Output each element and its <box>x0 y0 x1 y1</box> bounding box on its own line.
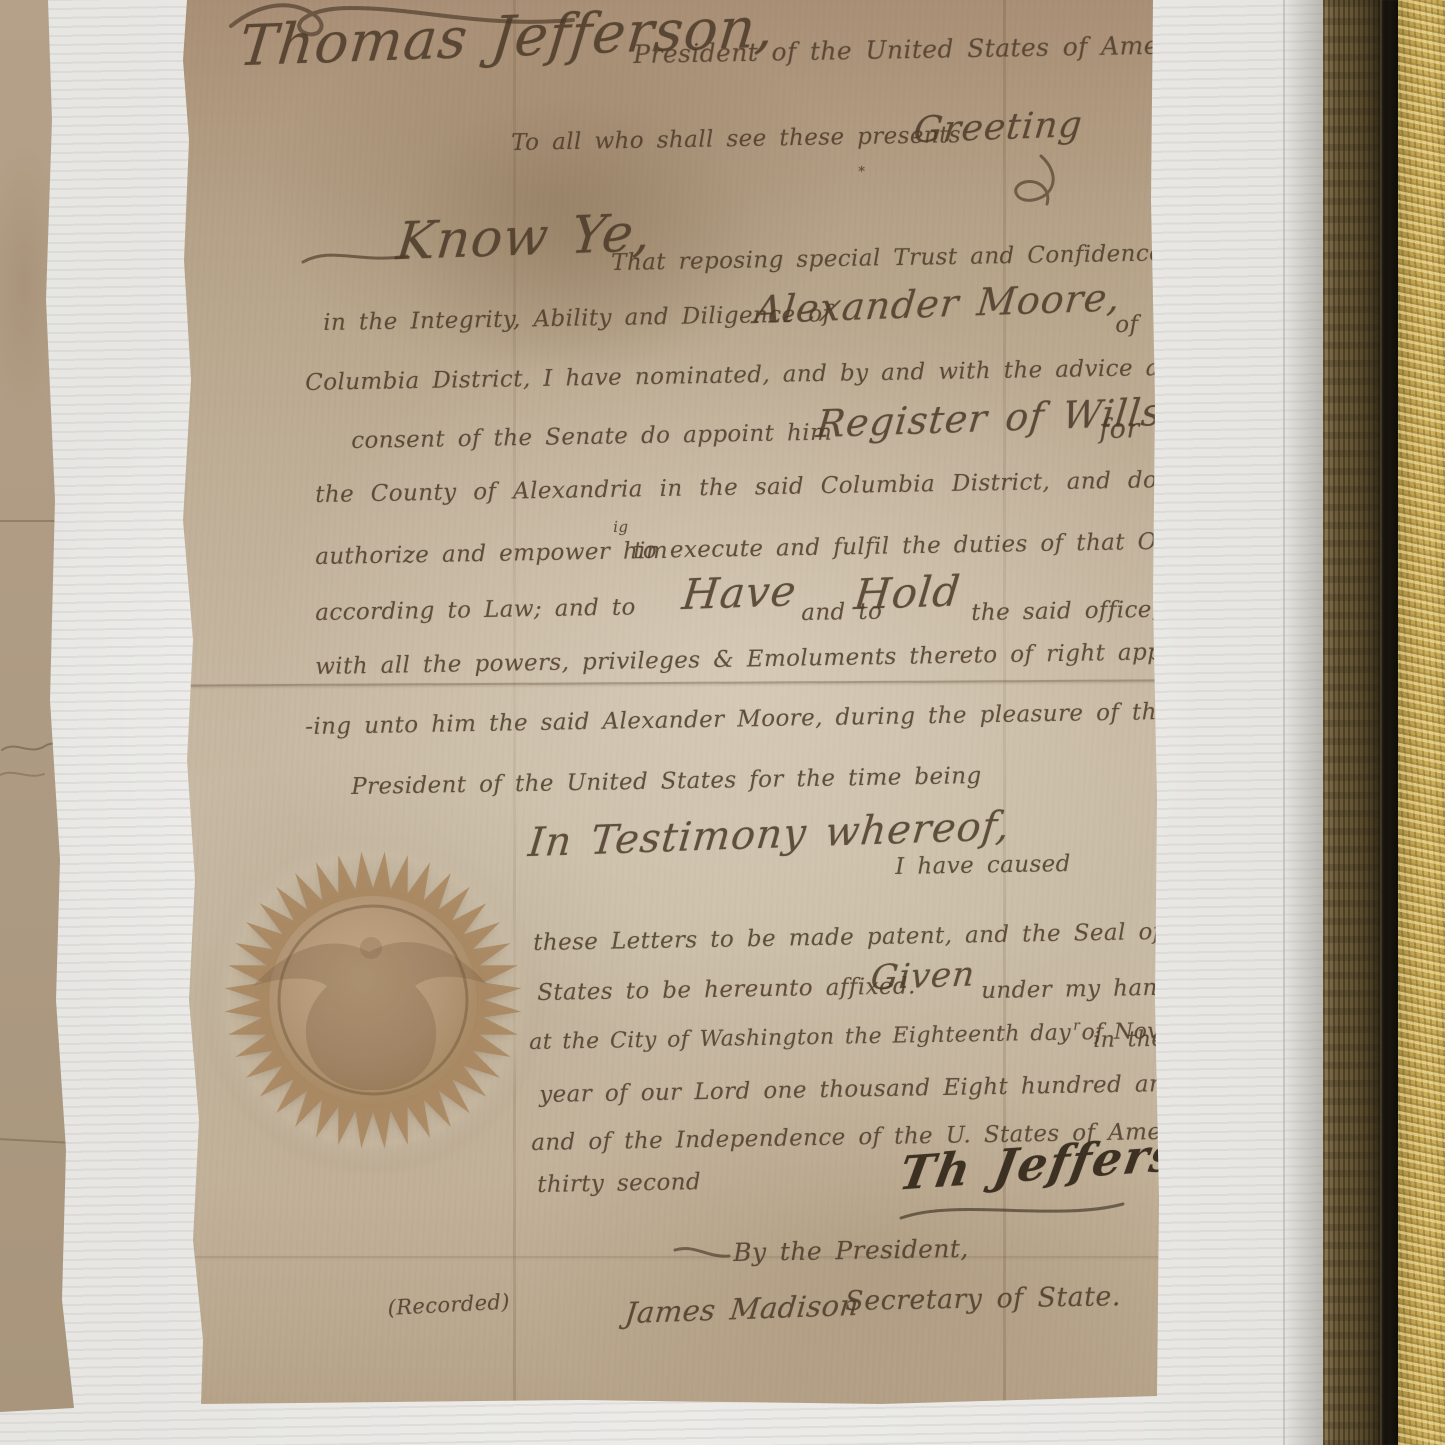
faint-script-marks <box>0 730 70 790</box>
line-said-office: the said office, <box>971 597 1160 626</box>
salutation-line: To all who shall see these presents <box>511 122 961 156</box>
superscript-insertion: ig <box>613 518 629 536</box>
line-ing-unto: -ing unto him the said Alexander Moore, … <box>305 699 1171 740</box>
line-according: according to Law; and to <box>315 594 636 626</box>
line-of: of <box>1115 312 1139 338</box>
commission-document: Thomas Jefferson, President of the Unite… <box>181 0 1163 1404</box>
frame-black-groove <box>1380 0 1398 1445</box>
salutation-greeting: Greeting <box>912 104 1085 151</box>
line-president-time: President of the United States for the t… <box>351 763 982 800</box>
madison-signature: James Madison <box>623 1288 860 1330</box>
by-president-swash <box>673 1244 733 1266</box>
line-thirty-second: thirty second <box>537 1169 701 1198</box>
mat-shadow <box>1283 0 1323 1445</box>
fold-crease <box>0 520 60 522</box>
line-columbia: Columbia District, I have nominated, and… <box>305 355 1190 396</box>
us-eagle-seal-icon <box>191 818 555 1182</box>
testimony-rest: I have caused <box>895 851 1071 880</box>
line-states-affixed: States to be hereunto affixed. <box>537 973 916 1006</box>
greeting-flourish <box>981 152 1091 210</box>
line-in-the: in the <box>1093 1027 1165 1053</box>
framed-document-photo: Thomas Jefferson, President of the Unite… <box>0 0 1445 1445</box>
insertion-mark: ∗ <box>857 162 867 177</box>
frame-bronze-band <box>1323 0 1380 1445</box>
line-year: year of our Lord one thousand Eight hund… <box>539 1069 1273 1108</box>
fold-crease <box>0 1138 70 1144</box>
line-city-washington: at the City of Washington the Eighteenth… <box>529 1019 1160 1055</box>
fold-crease-horizontal <box>181 1256 1163 1258</box>
adjacent-document-edge <box>0 0 80 1412</box>
line-authorize: authorize and empower him <box>315 538 668 570</box>
line-trust: That reposing special Trust and Confiden… <box>611 240 1163 276</box>
frame-gilt-band <box>1398 0 1445 1445</box>
by-the-president: By the President, <box>733 1234 969 1267</box>
fold-crease-horizontal <box>181 679 1163 686</box>
word-hold: Hold <box>852 566 963 619</box>
line-county: the County of Alexandria in the said Col… <box>315 467 1158 508</box>
line-for: for <box>1099 413 1140 445</box>
signature-flourish <box>897 1196 1127 1226</box>
line-under-hand: under my hand <box>981 975 1173 1004</box>
frame-molding <box>1323 0 1445 1445</box>
appointee-name: Alexander Moore, <box>752 275 1123 332</box>
recorded-note: (Recorded) <box>387 1290 510 1320</box>
line-powers: with all the powers, privileges & Emolum… <box>315 638 1243 680</box>
line-execute: to execute and fulfil the duties of that… <box>633 528 1210 564</box>
line-letters: these Letters to be made patent, and the… <box>533 916 1308 956</box>
word-given: Given <box>869 954 977 998</box>
line-consent: consent of the Senate do appoint him <box>351 420 832 454</box>
word-have: Have <box>680 566 799 619</box>
secretary-of-state: Secretary of State. <box>845 1281 1121 1317</box>
nov-superscript: r <box>1073 1018 1080 1034</box>
